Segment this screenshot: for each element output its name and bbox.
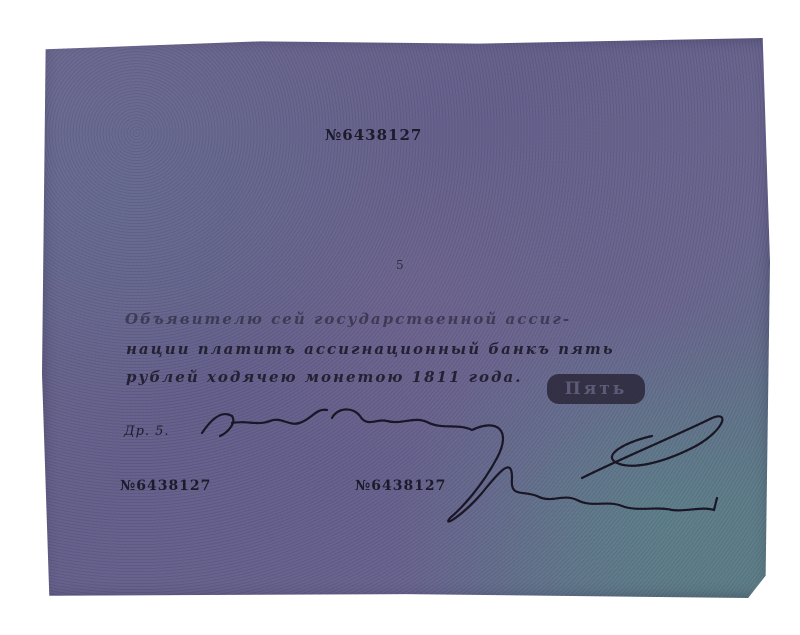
text-line-2: нации платитъ ассигнационный банкъ пять bbox=[126, 340, 615, 358]
serial-number-bottom-left: №6438127 bbox=[120, 478, 211, 494]
serial-number-bottom-middle: №6438127 bbox=[355, 478, 446, 494]
text-line-1: Объявителю сей государственной ассиг- bbox=[125, 310, 571, 328]
watermark-digit: 5 bbox=[396, 258, 405, 272]
serial-number-top: №6438127 bbox=[325, 126, 422, 144]
denomination-stamp: Пять bbox=[547, 374, 645, 404]
series-label: Др. 5. bbox=[124, 424, 170, 439]
text-line-3: рублей ходячею монетою 1811 года. bbox=[126, 368, 522, 386]
banknote: №6438127 5 Объявителю сей государственно… bbox=[42, 38, 770, 598]
